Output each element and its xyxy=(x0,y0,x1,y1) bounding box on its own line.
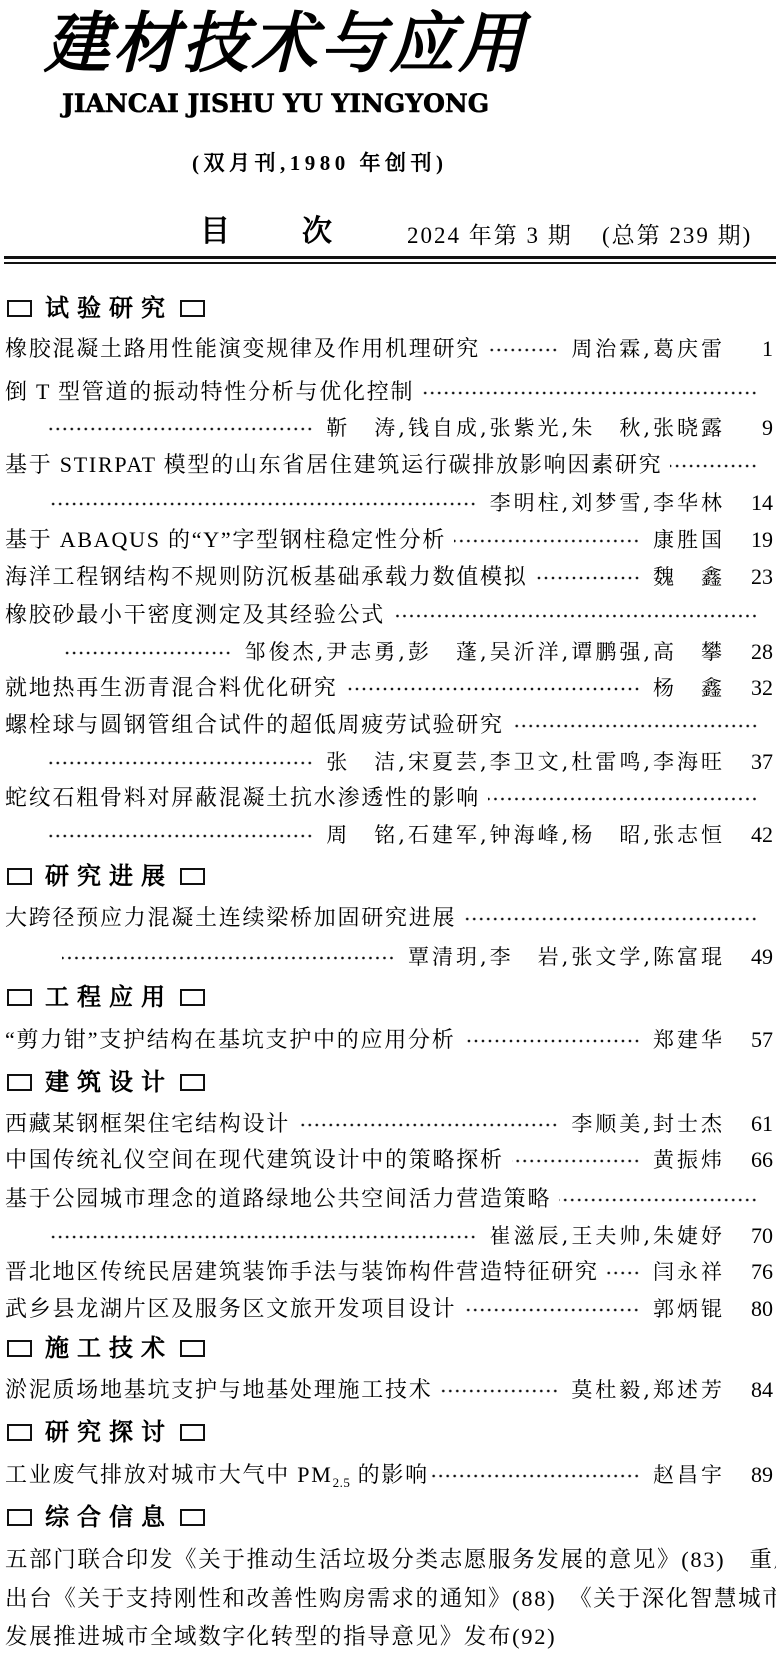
entry-authors: 邹俊杰,尹志勇,彭 蓬,吴沂洋,谭鹏强,高 攀 xyxy=(245,637,725,667)
section-heading-label: 试验研究 xyxy=(45,293,173,323)
leader-dots xyxy=(464,1294,640,1324)
square-box-icon-right xyxy=(180,1074,205,1091)
entry-page-number: 70 xyxy=(725,1221,773,1251)
leader-dots xyxy=(62,942,395,972)
entry-author-line: 李明柱,刘梦雪,李华林 14 xyxy=(5,488,773,518)
entry-page-number: 76 xyxy=(725,1257,773,1287)
square-box-icon-right xyxy=(180,1424,205,1441)
square-box-icon-right xyxy=(180,1340,205,1357)
entry-title-suffix: 的影响 xyxy=(350,1462,429,1487)
leader-dots xyxy=(48,747,313,777)
entry-title: 海洋工程钢结构不规则防沉板基础承载力数值模拟 xyxy=(5,562,528,592)
section-heading: 研究探讨 xyxy=(0,1417,205,1447)
header-rule-thin xyxy=(4,262,776,264)
square-box-icon-right xyxy=(180,300,205,317)
entry-author-line: 周 铭,石建军,钟海峰,杨 昭,张志恒 42 xyxy=(5,820,773,850)
entry-authors: 康胜国 xyxy=(653,525,725,555)
section-heading-label: 研究进展 xyxy=(45,861,173,891)
leader-dots xyxy=(512,710,758,740)
section-heading-label: 综合信息 xyxy=(45,1502,173,1532)
toc-entry: 武乡县龙湖片区及服务区文旅开发项目设计 郭炳锟 80 xyxy=(5,1294,773,1324)
entry-title-line: 大跨径预应力混凝土连续梁桥加固研究进展 xyxy=(5,903,758,933)
leader-dots xyxy=(48,413,313,443)
entry-authors: 张 洁,宋夏芸,李卫文,杜雷鸣,李海旺 xyxy=(326,747,725,777)
leader-dots xyxy=(48,1221,477,1251)
entry-title-line: 基于 STIRPAT 模型的山东省居住建筑运行碳排放影响因素研究 xyxy=(5,450,758,480)
entry-authors: 闫永祥 xyxy=(653,1257,725,1287)
entry-title: 就地热再生沥青混合料优化研究 xyxy=(5,673,338,703)
entry-title-line: 倒 T 型管道的振动特性分析与优化控制 xyxy=(5,377,758,407)
entry-page-number: 14 xyxy=(725,488,773,518)
entry-authors: 周 铭,石建军,钟海峰,杨 昭,张志恒 xyxy=(326,820,725,850)
journal-frequency-note: (双月刊,1980 年创刊) xyxy=(192,151,448,175)
entry-title-line: 橡胶砂最小干密度测定及其经验公式 xyxy=(5,600,758,630)
entry-authors: 赵昌宇 xyxy=(653,1460,725,1490)
leader-dots xyxy=(559,1184,758,1214)
entry-authors: 莫杜毅,郑述芳 xyxy=(571,1375,725,1405)
toc-entry: 基于 ABAQUS 的“Y”字型钢柱稳定性分析 康胜国 19 xyxy=(5,525,773,555)
entry-page-number: 84 xyxy=(725,1375,773,1405)
entry-authors: 郑建华 xyxy=(653,1025,725,1055)
square-box-icon-left xyxy=(7,1424,32,1441)
entry-page-number: 1 xyxy=(725,334,773,364)
entry-title: 西藏某钢框架住宅结构设计 xyxy=(5,1109,290,1139)
entry-authors: 周治霖,葛庆雷 xyxy=(571,334,725,364)
header-rule-thick xyxy=(4,256,776,259)
leader-dots xyxy=(464,903,758,933)
leader-dots xyxy=(607,1257,640,1287)
entry-page-number: 57 xyxy=(725,1025,773,1055)
leader-dots xyxy=(670,450,758,480)
leader-dots xyxy=(441,1375,559,1405)
entry-title-subscript: 2.5 xyxy=(333,1475,351,1490)
leader-dots xyxy=(431,1460,640,1490)
entry-title: 淤泥质场地基坑支护与地基处理施工技术 xyxy=(5,1375,433,1405)
entry-title: 蛇纹石粗骨料对屏蔽混凝土抗水渗透性的影响 xyxy=(5,783,480,813)
section-heading: 试验研究 xyxy=(0,293,205,323)
section-heading-label: 施工技术 xyxy=(45,1333,173,1363)
leader-dots xyxy=(488,334,558,364)
entry-title: 工业废气排放对城市大气中 PM2.5 的影响 xyxy=(5,1460,429,1490)
total-issue-number: (总第 239 期) xyxy=(602,222,752,250)
entry-authors: 李顺美,封士杰 xyxy=(571,1109,725,1139)
toc-entry: 淤泥质场地基坑支护与地基处理施工技术 莫杜毅,郑述芳 84 xyxy=(5,1375,773,1405)
leader-dots xyxy=(512,1145,640,1175)
leader-dots xyxy=(422,377,758,407)
entry-page-number: 66 xyxy=(725,1145,773,1175)
entry-authors: 崔滋辰,王夫帅,朱婕妤 xyxy=(490,1221,725,1251)
leader-dots xyxy=(346,673,640,703)
entry-page-number: 61 xyxy=(725,1109,773,1139)
news-brief-line: 发展推进城市全域数字化转型的指导意见》发布(92) xyxy=(5,1622,773,1652)
section-heading-label: 研究探讨 xyxy=(45,1417,173,1447)
entry-authors: 郭炳锟 xyxy=(653,1294,725,1324)
entry-page-number: 19 xyxy=(725,525,773,555)
entry-page-number: 28 xyxy=(725,637,773,667)
section-heading: 综合信息 xyxy=(0,1502,205,1532)
square-box-icon-left xyxy=(7,1340,32,1357)
leader-dots xyxy=(48,820,313,850)
entry-title: 螺栓球与圆钢管组合试件的超低周疲劳试验研究 xyxy=(5,710,504,740)
leader-dots xyxy=(536,562,640,592)
square-box-icon-right xyxy=(180,1509,205,1526)
entry-title: 中国传统礼仪空间在现代建筑设计中的策略探析 xyxy=(5,1145,504,1175)
entry-authors: 魏 鑫 xyxy=(653,562,725,592)
entry-title: “剪力钳”支护结构在基坑支护中的应用分析 xyxy=(5,1025,456,1055)
entry-title: 基于 STIRPAT 模型的山东省居住建筑运行碳排放影响因素研究 xyxy=(5,450,662,480)
section-heading-label: 工程应用 xyxy=(45,982,173,1012)
entry-title: 晋北地区传统民居建筑装饰手法与装饰构件营造特征研究 xyxy=(5,1257,599,1287)
journal-title-pinyin: JIANCAI JISHU YU YINGYONG xyxy=(62,91,489,116)
toc-entry: 海洋工程钢结构不规则防沉板基础承载力数值模拟 魏 鑫 23 xyxy=(5,562,773,592)
news-brief-line: 出台《关于支持刚性和改善性购房需求的通知》(88) 《关于深化智慧城市 xyxy=(5,1584,773,1614)
section-heading: 研究进展 xyxy=(0,861,205,891)
square-box-icon-left xyxy=(7,300,32,317)
toc-entry: 中国传统礼仪空间在现代建筑设计中的策略探析 黄振炜 66 xyxy=(5,1145,773,1175)
entry-author-line: 崔滋辰,王夫帅,朱婕妤 70 xyxy=(5,1221,773,1251)
toc-entry: 橡胶混凝土路用性能演变规律及作用机理研究 周治霖,葛庆雷 1 xyxy=(5,334,773,364)
section-heading: 工程应用 xyxy=(0,982,205,1012)
toc-entry: 西藏某钢框架住宅结构设计 李顺美,封士杰 61 xyxy=(5,1109,773,1139)
leader-dots xyxy=(464,1025,640,1055)
entry-page-number: 37 xyxy=(725,747,773,777)
entry-authors: 杨 鑫 xyxy=(653,673,725,703)
entry-page-number: 9 xyxy=(725,413,773,443)
issue-number: 2024 年第 3 期 xyxy=(407,222,573,250)
entry-authors: 覃清玥,李 岩,张文学,陈富琨 xyxy=(408,942,725,972)
entry-author-line: 邹俊杰,尹志勇,彭 蓬,吴沂洋,谭鹏强,高 攀 28 xyxy=(5,637,773,667)
square-box-icon-left xyxy=(7,989,32,1006)
toc-entry: 工业废气排放对城市大气中 PM2.5 的影响 赵昌宇 89 xyxy=(5,1460,773,1490)
section-heading: 施工技术 xyxy=(0,1333,205,1363)
entry-page-number: 32 xyxy=(725,673,773,703)
leader-dots xyxy=(48,488,477,518)
entry-authors: 李明柱,刘梦雪,李华林 xyxy=(490,488,725,518)
entry-title: 橡胶混凝土路用性能演变规律及作用机理研究 xyxy=(5,334,480,364)
entry-page-number: 23 xyxy=(725,562,773,592)
toc-heading: 目 次 xyxy=(200,214,353,250)
section-heading: 建筑设计 xyxy=(0,1067,205,1097)
leader-dots xyxy=(62,637,232,667)
toc-entry: 晋北地区传统民居建筑装饰手法与装饰构件营造特征研究 闫永祥 76 xyxy=(5,1257,773,1287)
entry-title: 武乡县龙湖片区及服务区文旅开发项目设计 xyxy=(5,1294,456,1324)
entry-title: 基于 ABAQUS 的“Y”字型钢柱稳定性分析 xyxy=(5,525,446,555)
entry-title: 倒 T 型管道的振动特性分析与优化控制 xyxy=(5,377,414,407)
entry-title-prefix: 工业废气排放对城市大气中 PM xyxy=(5,1462,333,1487)
leader-dots xyxy=(393,600,758,630)
entry-page-number: 42 xyxy=(725,820,773,850)
square-box-icon-left xyxy=(7,1509,32,1526)
entry-page-number: 49 xyxy=(725,942,773,972)
entry-title-line: 螺栓球与圆钢管组合试件的超低周疲劳试验研究 xyxy=(5,710,758,740)
entry-page-number: 89 xyxy=(725,1460,773,1490)
leader-dots xyxy=(488,783,758,813)
entry-title-line: 基于公园城市理念的道路绿地公共空间活力营造策略 xyxy=(5,1184,758,1214)
square-box-icon-left xyxy=(7,868,32,885)
entry-author-line: 覃清玥,李 岩,张文学,陈富琨 49 xyxy=(5,942,773,972)
square-box-icon-left xyxy=(7,1074,32,1091)
entry-title: 橡胶砂最小干密度测定及其经验公式 xyxy=(5,600,385,630)
news-brief-line: 五部门联合印发《关于推动生活垃圾分类志愿服务发展的意见》(83) 重庆 xyxy=(5,1545,773,1575)
entry-author-line: 靳 涛,钱自成,张紫光,朱 秋,张晓露 9 xyxy=(5,413,773,443)
square-box-icon-right xyxy=(180,868,205,885)
entry-authors: 黄振炜 xyxy=(653,1145,725,1175)
toc-entry: “剪力钳”支护结构在基坑支护中的应用分析 郑建华 57 xyxy=(5,1025,773,1055)
entry-author-line: 张 洁,宋夏芸,李卫文,杜雷鸣,李海旺 37 xyxy=(5,747,773,777)
toc-entry: 就地热再生沥青混合料优化研究 杨 鑫 32 xyxy=(5,673,773,703)
entry-title: 大跨径预应力混凝土连续梁桥加固研究进展 xyxy=(5,903,456,933)
entry-authors: 靳 涛,钱自成,张紫光,朱 秋,张晓露 xyxy=(326,413,725,443)
section-heading-label: 建筑设计 xyxy=(45,1067,173,1097)
journal-title-calligraphy: 建材技术与应用 xyxy=(44,1,527,85)
toc-page: 建材技术与应用 JIANCAI JISHU YU YINGYONG (双月刊,1… xyxy=(0,0,776,1661)
leader-dots xyxy=(298,1109,558,1139)
entry-page-number: 80 xyxy=(725,1294,773,1324)
square-box-icon-right xyxy=(180,989,205,1006)
entry-title: 基于公园城市理念的道路绿地公共空间活力营造策略 xyxy=(5,1184,551,1214)
leader-dots xyxy=(454,525,640,555)
entry-title-line: 蛇纹石粗骨料对屏蔽混凝土抗水渗透性的影响 xyxy=(5,783,758,813)
